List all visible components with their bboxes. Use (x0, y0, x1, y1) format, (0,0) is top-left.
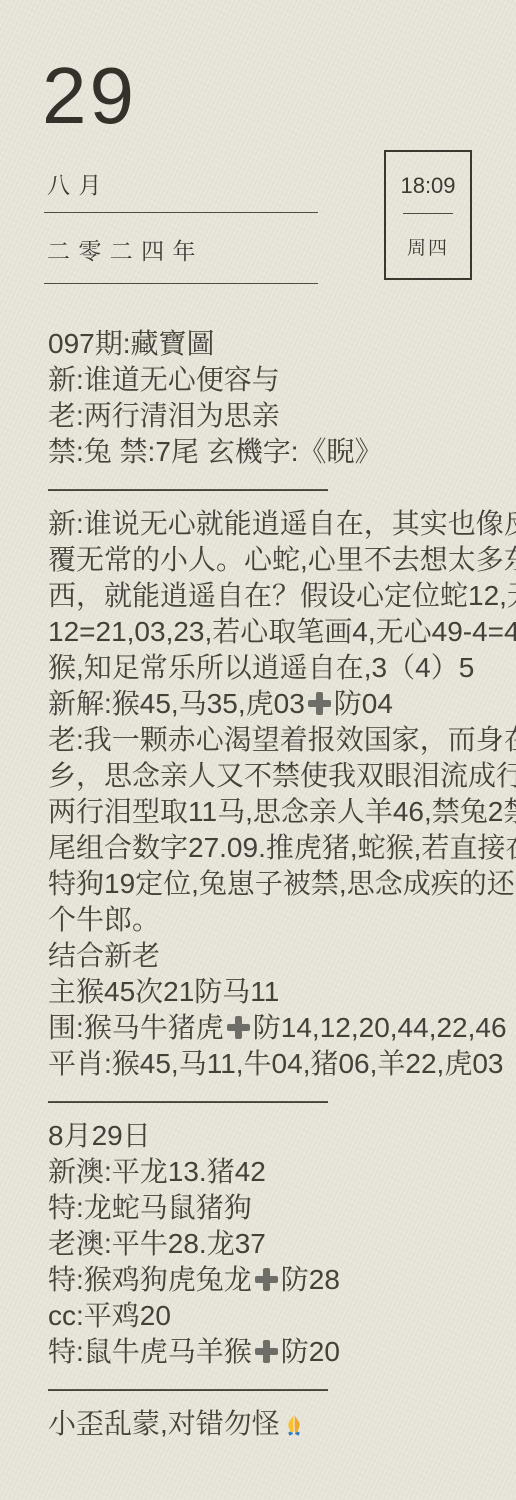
text-line: 个牛郎。 (48, 902, 500, 938)
text-line: 老澳:平牛28.龙37 (48, 1226, 500, 1262)
clock-time: 18:09 (400, 173, 455, 199)
text-line: 特:龙蛇马鼠猪狗 (48, 1190, 500, 1226)
month-divider-line (44, 212, 318, 213)
clock-divider-line (403, 213, 453, 214)
year-divider-line (44, 283, 318, 284)
text-line: 特:鼠牛虎马羊猴防20 (48, 1334, 500, 1370)
plus-icon (227, 1016, 250, 1039)
plus-icon (308, 692, 331, 715)
text-line: 特:猴鸡狗虎兔龙防28 (48, 1262, 500, 1298)
day-number: 29 (42, 56, 137, 136)
text-line: 老:我一颗赤心渴望着报效国家，而身在他 (48, 722, 500, 758)
text-line: 新:谁说无心就能逍遥自在，其实也像反 (48, 506, 500, 542)
text-line: 097期:藏寶圖 (48, 326, 500, 362)
text-line: 平肖:猴45,马11,牛04,猪06,羊22,虎03 (48, 1046, 500, 1082)
text-line: 老:两行清泪为思亲 (48, 398, 500, 434)
clock-box: 18:09 周四 (384, 150, 472, 280)
separator-line: —————————— (48, 470, 500, 506)
text-line: 特狗19定位,兔崽子被禁,思念成疾的还有 (48, 866, 500, 902)
calendar-page: 29 八 月 二 零 二 四 年 18:09 周四 097期:藏寶圖新:谁道无心… (0, 0, 516, 1500)
separator-line: —————————— (48, 1370, 500, 1406)
text-line: 尾组合数字27.09.推虎猪,蛇猴,若直接在上 (48, 830, 500, 866)
text-line: 主猴45次21防马11 (48, 974, 500, 1010)
separator-line: —————————— (48, 1082, 500, 1118)
text-line: 围:猴马牛猪虎防14,12,20,44,22,46 (48, 1010, 500, 1046)
text-line: 新澳:平龙13.猪42 (48, 1154, 500, 1190)
text-line: 两行泪型取11马,思念亲人羊46,禁兔2禁7 (48, 794, 500, 830)
text-line: 禁:兔 禁:7尾 玄機字:《睨》 (48, 434, 500, 470)
plus-icon (255, 1340, 278, 1363)
text-line: 新解:猴45,马35,虎03防04 (48, 686, 500, 722)
post-content: 097期:藏寶圖新:谁道无心便容与老:两行清泪为思亲禁:兔 禁:7尾 玄機字:《… (48, 326, 500, 1442)
text-line: 覆无常的小人。心蛇,心里不去想太多东 (48, 542, 500, 578)
text-line: 小歪乱蒙,对错勿怪 (48, 1406, 500, 1442)
text-line: 乡，思念亲人又不禁使我双眼泪流成行。 (48, 758, 500, 794)
text-line: 猴,知足常乐所以逍遥自在,3（4）5 (48, 650, 500, 686)
text-line: 结合新老 (48, 938, 500, 974)
plus-icon (255, 1268, 278, 1291)
clock-weekday: 周四 (407, 233, 449, 260)
text-line: 12=21,03,23,若心取笔画4,无心49-4=45 (48, 614, 500, 650)
praying-hands-icon (282, 1413, 306, 1437)
text-line: cc:平鸡20 (48, 1298, 500, 1334)
month-label: 八 月 (47, 167, 102, 200)
year-label: 二 零 二 四 年 (47, 233, 197, 266)
text-line: 西，就能逍遥自在？假设心定位蛇12,无心 (48, 578, 500, 614)
text-line: 8月29日 (48, 1118, 500, 1154)
text-line: 新:谁道无心便容与 (48, 362, 500, 398)
